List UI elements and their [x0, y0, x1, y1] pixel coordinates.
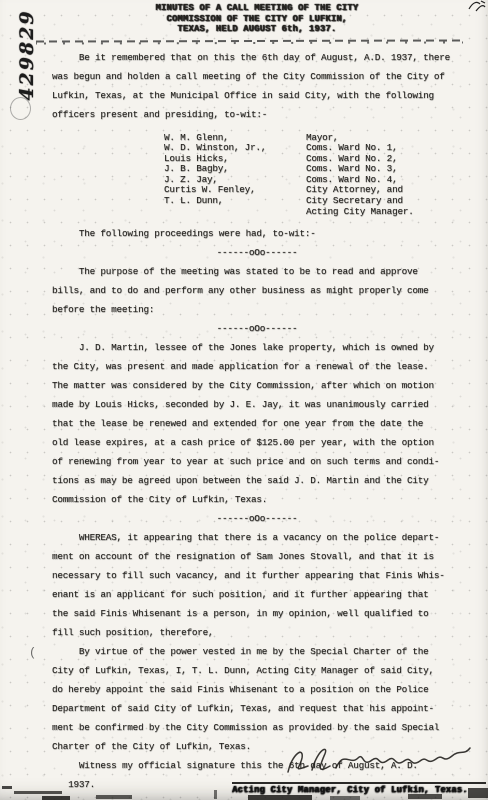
section-separator: ------oOo------ [52, 509, 462, 528]
officer-name [164, 207, 306, 218]
signature-handwriting [278, 740, 474, 784]
document-page: 429829 ( MINUTES OF A CALL MEETING OF TH… [0, 0, 488, 800]
signature-line-block: Acting City Manager, City of Lufkin, Tex… [232, 782, 486, 796]
officer-name: T. L. Dunn, [164, 196, 306, 207]
scan-artifact [42, 796, 70, 800]
officer-row: Acting City Manager. [164, 207, 462, 218]
stray-ink-mark: ( [29, 646, 36, 660]
title-line-3: TEXAS, HELD AUGUST 6th, 1937. [52, 24, 462, 35]
scan-artifact [330, 796, 360, 800]
scan-artifact [2, 786, 12, 789]
opening-paragraph: Be it remembered that on this the 6th da… [52, 48, 462, 124]
section-separator: ------oOo------ [52, 243, 462, 262]
officers-list: W. M. Glenn, Mayor, W. D. Winston, Jr., … [52, 133, 462, 218]
whereas-vacancy-paragraph: WHEREAS, it appearing that there is a va… [52, 528, 462, 642]
proceedings-line: The following proceedings were had, to-w… [52, 224, 462, 243]
title-line-2: COMMISSION OF THE CITY OF LUFKIN, [52, 14, 462, 25]
scan-artifact [14, 791, 62, 794]
scan-artifact [248, 795, 312, 800]
document-title: MINUTES OF A CALL MEETING OF THE CITY CO… [52, 3, 462, 35]
title-line-1: MINUTES OF A CALL MEETING OF THE CITY [52, 3, 462, 14]
section-separator: ------oOo------ [52, 319, 462, 338]
scan-artifact [408, 794, 442, 799]
document-content: MINUTES OF A CALL MEETING OF THE CITY CO… [0, 0, 488, 794]
hole-punch-mark [10, 97, 31, 120]
scan-artifact [96, 795, 132, 799]
handwritten-margin-number: 429829 [16, 5, 38, 105]
scan-artifact [468, 788, 488, 798]
scan-artifact [214, 790, 217, 799]
officer-title: Acting City Manager. [306, 207, 414, 218]
corner-scribble-mark [468, 0, 486, 13]
martin-lease-paragraph: J. D. Martin, lessee of the Jones lake p… [52, 338, 462, 509]
title-underline [36, 39, 463, 44]
purpose-paragraph: The purpose of the meeting was stated to… [52, 262, 462, 319]
